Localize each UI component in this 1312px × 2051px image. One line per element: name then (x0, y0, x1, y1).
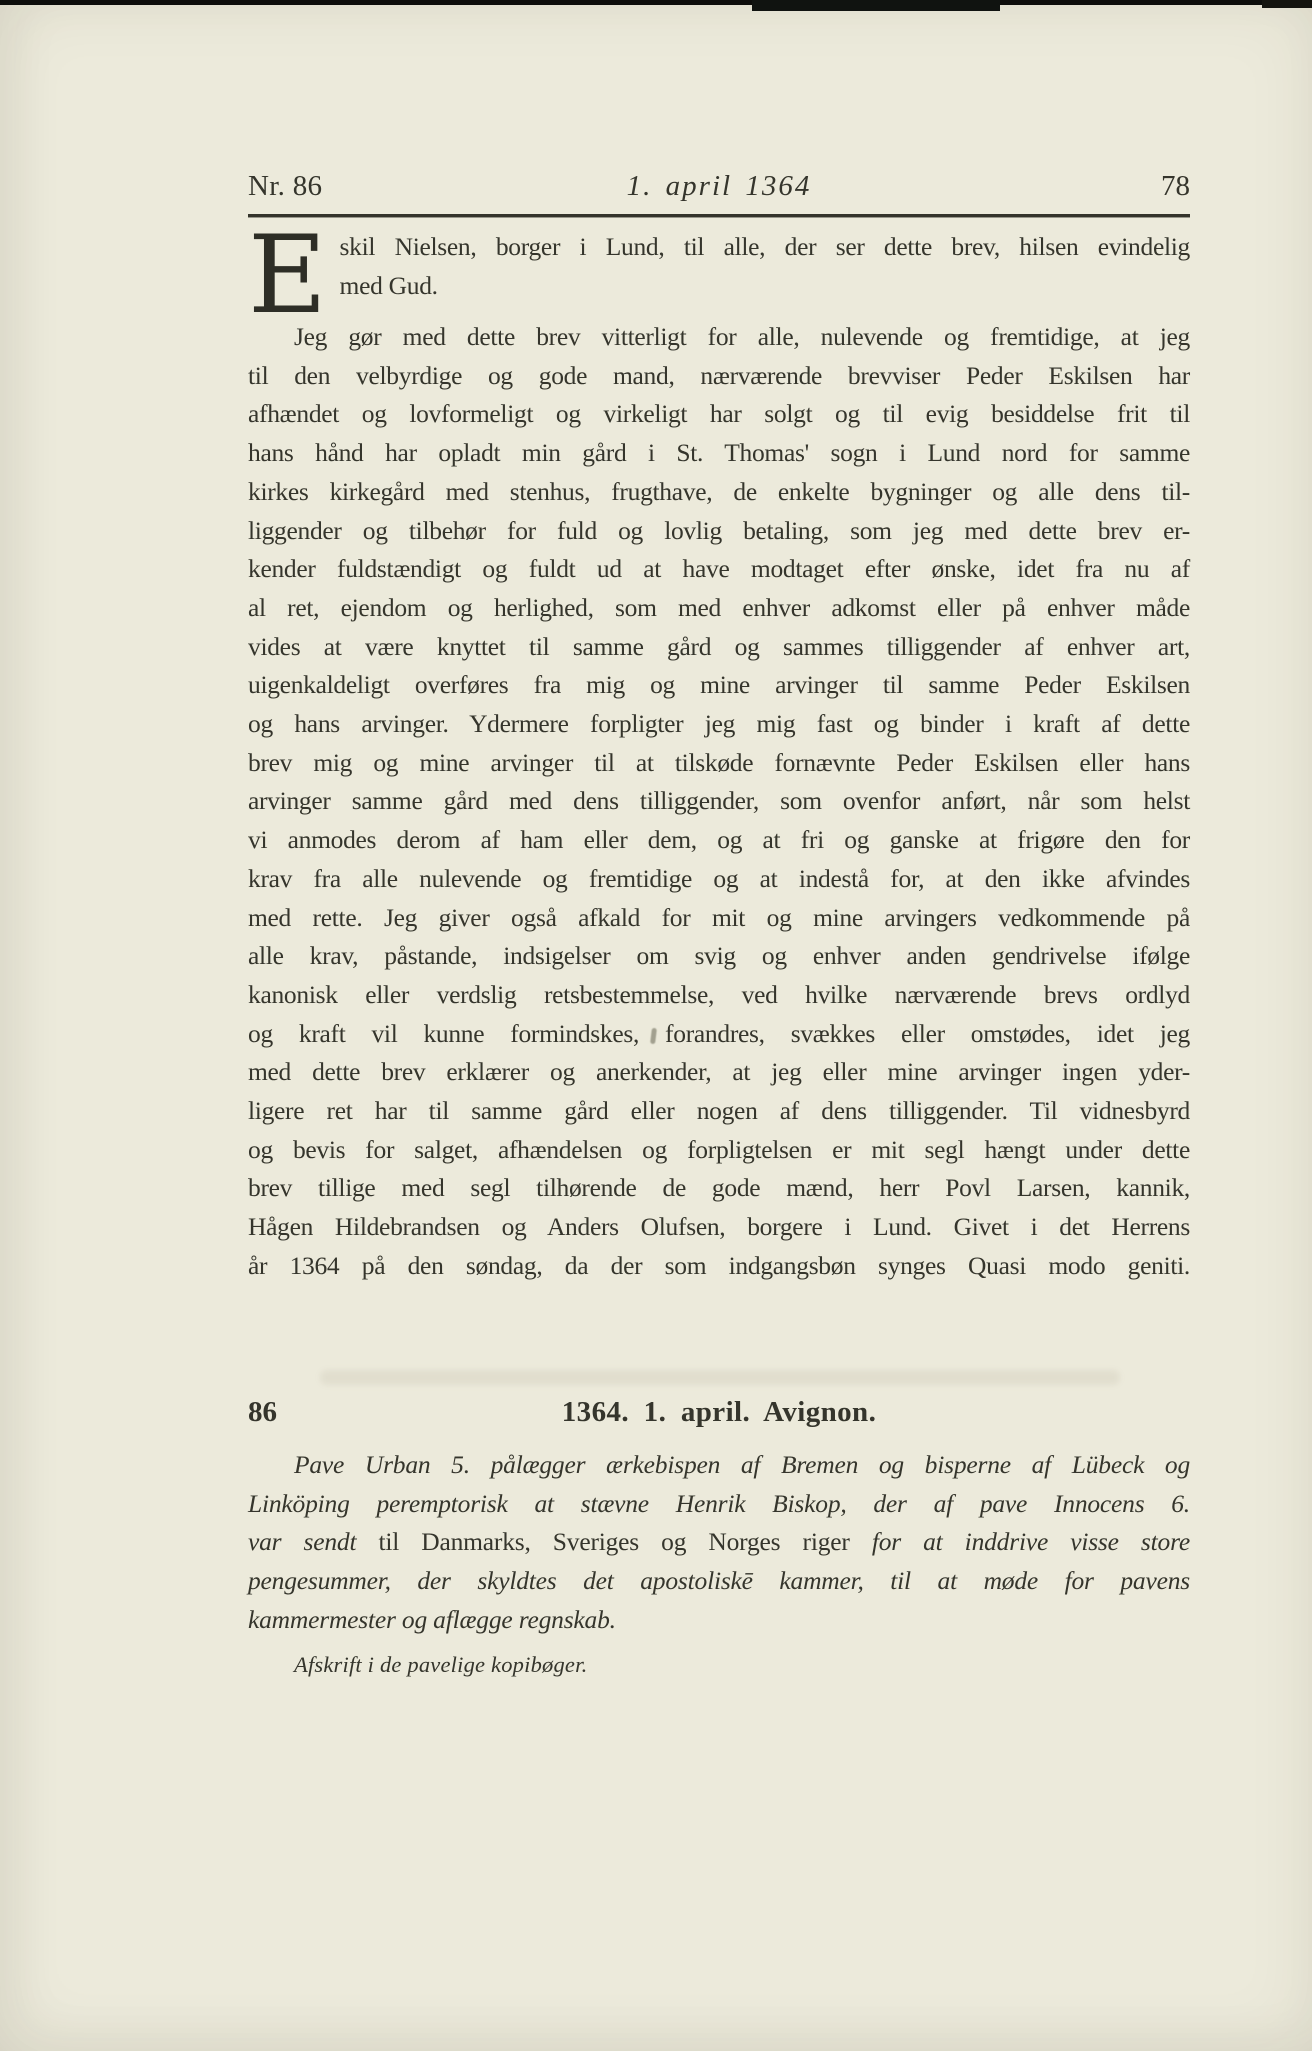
header-rule (248, 214, 1190, 217)
letter-line: år 1364 på den søndag, da der som indgan… (248, 1247, 1190, 1286)
letter-line: al ret, ejendom og herlighed, som med en… (248, 589, 1190, 628)
regest-line: var sendt til Danmarks, Sveriges og Norg… (248, 1523, 1190, 1562)
letter-line: og bevis for salget, afhændelsen og forp… (248, 1131, 1190, 1170)
show-through-artifact (320, 1370, 1120, 1385)
regest-line: kammermester og aflægge regnskab. (248, 1601, 1190, 1640)
entry-number: 86 (248, 1396, 277, 1429)
source-note: Afskrift i de pavelige kopibøger. (294, 1652, 587, 1678)
scan-edge-artifact (0, 0, 1312, 5)
letter-text: E skil Nielsen, borger i Lund, til alle,… (248, 228, 1190, 1286)
regest-line: Pave Urban 5. pålægger ærkebispen af Bre… (248, 1446, 1190, 1485)
letter-line: kender fuldstændigt og fuldt ud at have … (248, 550, 1190, 589)
book-page-scan: Nr. 86 1. april 1364 78 E skil Nielsen, … (0, 0, 1312, 2051)
letter-line: til den velbyrdige og gode mand, nærvære… (248, 357, 1190, 396)
letter-line: hans hånd har opladt min gård i St. Thom… (248, 434, 1190, 473)
regest-summary: Pave Urban 5. pålægger ærkebispen af Bre… (248, 1446, 1190, 1640)
letter-line: brev mig og mine arvinger til at tilskød… (248, 744, 1190, 783)
letter-line: uigenkaldeligt overføres fra mig og mine… (248, 666, 1190, 705)
letter-line: brev tillige med segl tilhørende de gode… (248, 1169, 1190, 1208)
letter-line: ligere ret har til samme gård eller noge… (248, 1092, 1190, 1131)
letter-line: arvinger samme gård med dens tilliggende… (248, 782, 1190, 821)
letter-line: liggender og tilbehør for fuld og lovlig… (248, 512, 1190, 551)
drop-cap: E (248, 228, 340, 318)
letter-line: skil Nielsen, borger i Lund, til alle, d… (340, 228, 1190, 267)
letter-opening-lines: skil Nielsen, borger i Lund, til alle, d… (340, 228, 1190, 305)
regest-line: Linköping peremptorisk at stævne Henrik … (248, 1485, 1190, 1524)
header-entry-number: Nr. 86 (248, 170, 322, 203)
letter-line: afhændet og lovformeligt og virkeligt ha… (248, 395, 1190, 434)
regest-line: pengesummer, der skyldtes det apostolisk… (248, 1562, 1190, 1601)
letter-line: kanonisk eller verdslig retsbestemmelse,… (248, 976, 1190, 1015)
letter-line: vi anmodes derom af ham eller dem, og at… (248, 821, 1190, 860)
letter-line: med dette brev erklærer og anerkender, a… (248, 1053, 1190, 1092)
letter-line: krav fra alle nulevende og fremtidige og… (248, 860, 1190, 899)
letter-line: alle krav, påstande, indsigelser om svig… (248, 937, 1190, 976)
letter-line: vides at være knyttet til samme gård og … (248, 628, 1190, 667)
letter-opening: E skil Nielsen, borger i Lund, til alle,… (248, 228, 1190, 318)
entry-heading-row: 86 1364. 1. april. Avignon. (248, 1396, 1190, 1432)
letter-line: Jeg gør med dette brev vitterligt for al… (248, 318, 1190, 357)
regest-segment-italic: var sendt (248, 1527, 356, 1556)
page-header: Nr. 86 1. april 1364 78 (248, 170, 1190, 206)
scan-edge-artifact (1262, 0, 1312, 8)
entry-heading: 1364. 1. april. Avignon. (562, 1396, 876, 1429)
header-page-number: 78 (1161, 170, 1190, 203)
header-date: 1. april 1364 (627, 170, 812, 203)
letter-line: og kraft vil kunne formindskes, forandre… (248, 1015, 1190, 1054)
regest-segment-italic: for at inddrive visse store (872, 1527, 1190, 1556)
letter-line: Hågen Hildebrandsen og Anders Olufsen, b… (248, 1208, 1190, 1247)
scan-edge-artifact (752, 0, 1000, 11)
letter-line: med rette. Jeg giver også afkald for mit… (248, 899, 1190, 938)
letter-line: kirkes kirkegård med stenhus, frugthave,… (248, 473, 1190, 512)
regest-segment-roman: til Danmarks, Sveriges og Norges riger (379, 1527, 850, 1556)
letter-line: med Gud. (340, 267, 1190, 306)
letter-line: og hans arvinger. Ydermere forpligter je… (248, 705, 1190, 744)
